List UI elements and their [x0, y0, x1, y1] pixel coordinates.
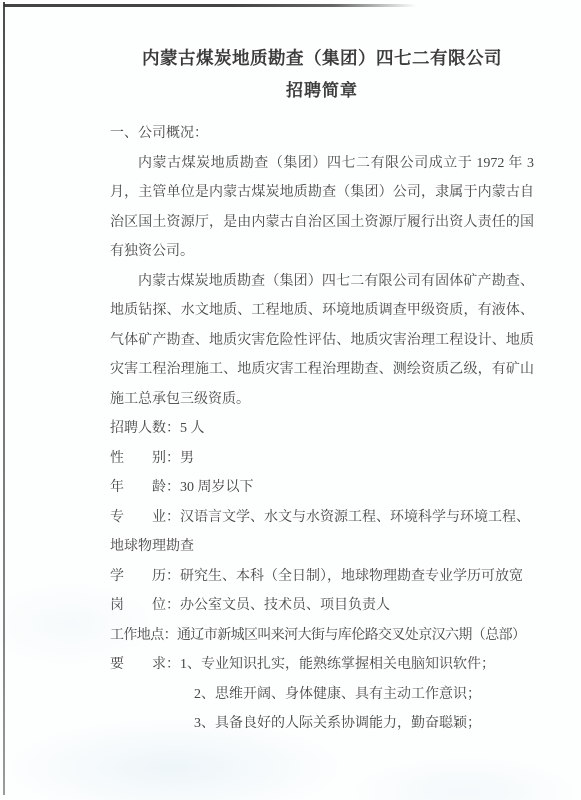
- page-title: 内蒙古煤炭地质勘查（集团）四七二有限公司: [110, 44, 534, 72]
- field-label: 要 求：: [110, 657, 180, 672]
- field-value: 研究生、本科（全日制），地球物理勘查专业学历可放宽: [180, 569, 523, 584]
- field-row-worklocation: 工作地点：通辽市新城区叫来河大街与库伦路交叉处京汉六期（总部）: [110, 621, 534, 651]
- field-label: 学 历：: [110, 569, 180, 584]
- field-row-education: 学 历：研究生、本科（全日制），地球物理勘查专业学历可放宽: [110, 562, 534, 592]
- field-label: 岗 位：: [110, 598, 180, 613]
- field-row-gender: 性 别：男: [110, 444, 534, 474]
- section-heading: 一、公司概况：: [110, 119, 534, 149]
- field-value: 通辽市新城区叫来河大街与库伦路交叉处京汉六期（总部）: [177, 628, 525, 643]
- field-label: 招聘人数：: [110, 421, 180, 436]
- field-row-requirements: 要 求：1、专业知识扎实，能熟练掌握相关电脑知识软件；: [110, 650, 534, 680]
- field-label: 年 龄：: [110, 480, 180, 495]
- field-label: 专 业：: [110, 510, 180, 525]
- field-label: 性 别：: [110, 451, 180, 466]
- field-row-headcount: 招聘人数：5 人: [110, 414, 534, 444]
- field-row-position: 岗 位：办公室文员、技术员、项目负责人: [110, 591, 534, 621]
- field-value: 1、专业知识扎实，能熟练掌握相关电脑知识软件；: [180, 657, 495, 672]
- scan-edge-top: [4, 4, 416, 7]
- document-content: 内蒙古煤炭地质勘查（集团）四七二有限公司 招聘简章 一、公司概况： 内蒙古煤炭地…: [110, 44, 534, 739]
- scanned-document-page: 内蒙古煤炭地质勘查（集团）四七二有限公司 招聘简章 一、公司概况： 内蒙古煤炭地…: [0, 0, 581, 800]
- field-value: 男: [180, 451, 194, 466]
- field-label: 工作地点：: [110, 628, 177, 643]
- field-value: 5 人: [180, 421, 205, 436]
- field-row-age: 年 龄：30 周岁以下: [110, 473, 534, 503]
- page-subtitle: 招聘简章: [110, 77, 534, 105]
- requirement-item: 3、具备良好的人际关系协调能力，勤奋聪颖；: [110, 709, 534, 739]
- company-qualifications-paragraph: 内蒙古煤炭地质勘查（集团）四七二有限公司有固体矿产勘查、地质钻探、水文地质、工程…: [110, 267, 534, 415]
- field-value: 30 周岁以下: [180, 480, 254, 495]
- field-value: 办公室文员、技术员、项目负责人: [180, 598, 390, 613]
- company-intro-paragraph: 内蒙古煤炭地质勘查（集团）四七二有限公司成立于 1972 年 3 月，主管单位是…: [110, 149, 534, 267]
- requirement-item: 2、思维开阔、身体健康、具有主动工作意识；: [110, 680, 534, 710]
- field-row-major: 专 业：汉语言文学、水文与水资源工程、环境科学与环境工程、地球物理勘查: [110, 503, 534, 562]
- scan-edge-left: [3, 2, 5, 795]
